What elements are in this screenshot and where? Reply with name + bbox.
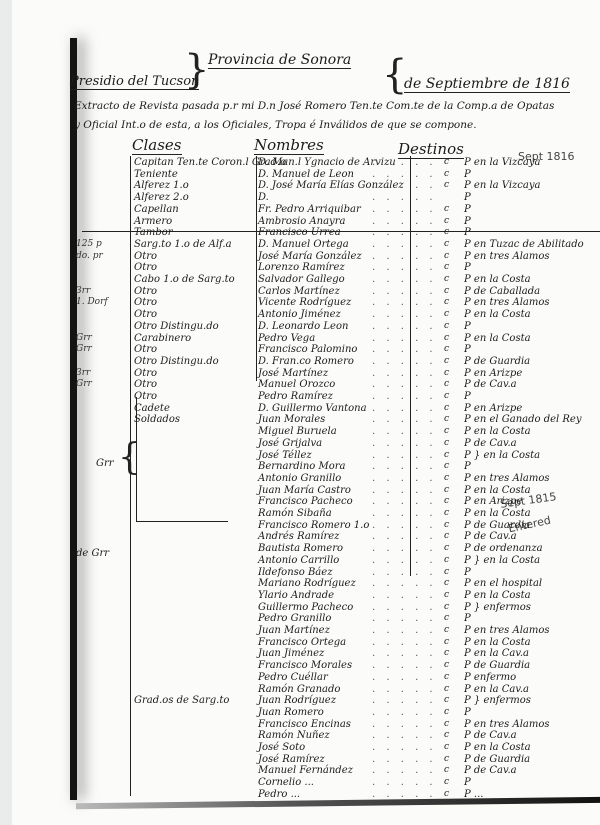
presence-mark: c: [444, 368, 454, 378]
dotted-leader: . . . . . . . . . . .: [372, 192, 442, 203]
presence-mark: c: [444, 754, 454, 764]
dotted-leader: . . . . . . . . . . .: [372, 333, 442, 344]
presence-mark: c: [444, 379, 454, 389]
dotted-leader: . . . . . . . . . . .: [372, 578, 442, 589]
dotted-leader: . . . . . . . . . . .: [372, 157, 442, 168]
destination-cell: P } enfermos: [464, 695, 600, 706]
destination-cell: P en la Costa: [464, 333, 600, 344]
destination-cell: P en Tuzac de Abilitado: [464, 239, 600, 250]
destination-cell: P en la Costa: [464, 426, 600, 437]
destination-cell: P en la Vizcaya: [464, 180, 600, 191]
rank-cell: Alferez 2.o: [134, 192, 244, 203]
destination-cell: P en tres Alamos: [464, 473, 600, 484]
destination-cell: P en tres Alamos: [464, 719, 600, 730]
dotted-leader: . . . . . . . . . . .: [372, 590, 442, 601]
rank-cell: Otro: [134, 379, 244, 390]
dotted-leader: . . . . . . . . . . .: [372, 672, 442, 683]
destination-cell: P ...: [464, 789, 600, 800]
dotted-leader: . . . . . . . . . . .: [372, 309, 442, 320]
margin-note: do. pr: [76, 251, 131, 261]
presence-mark: c: [444, 543, 454, 553]
dotted-leader: . . . . . . . . . . .: [372, 684, 442, 695]
destination-cell: P en la Vizcaya: [464, 157, 600, 168]
destination-cell: P: [464, 391, 600, 402]
rank-cell: Teniente: [134, 169, 244, 180]
rank-cell: Otro Distingu.do: [134, 356, 244, 367]
destination-cell: P } enfermos: [464, 602, 600, 613]
destination-cell: P de Guardia: [464, 520, 600, 531]
destination-cell: P: [464, 262, 600, 273]
presence-mark: c: [444, 742, 454, 752]
dotted-leader: . . . . . . . . . . .: [372, 789, 442, 800]
rank-cell: Grad.os de Sarg.to: [134, 695, 244, 706]
presence-mark: c: [444, 789, 454, 799]
dotted-leader: . . . . . . . . . . .: [372, 216, 442, 227]
destination-cell: P en tres Alamos: [464, 251, 600, 262]
presence-mark: c: [444, 578, 454, 588]
presence-mark: c: [444, 508, 454, 518]
dotted-leader: . . . . . . . . . . .: [372, 450, 442, 461]
presence-mark: c: [444, 169, 454, 179]
rank-cell: Armero: [134, 216, 244, 227]
destination-cell: P } en la Costa: [464, 555, 600, 566]
dotted-leader: . . . . . . . . . . .: [372, 356, 442, 367]
presence-mark: c: [444, 344, 454, 354]
dotted-leader: . . . . . . . . . . .: [372, 660, 442, 671]
column-header-clases: Clases: [132, 136, 182, 155]
presence-mark: c: [444, 204, 454, 214]
destination-cell: P: [464, 567, 600, 578]
presence-mark: c: [444, 777, 454, 787]
presence-mark: c: [444, 239, 454, 249]
dotted-leader: . . . . . . . . . . .: [372, 602, 442, 613]
destination-cell: P en Arizpe: [464, 496, 600, 507]
dotted-leader: . . . . . . . . . . .: [372, 555, 442, 566]
dotted-leader: . . . . . . . . . . .: [372, 227, 442, 238]
destination-cell: P en Arizpe: [464, 403, 600, 414]
presence-mark: c: [444, 613, 454, 623]
destination-cell: P en la Costa: [464, 485, 600, 496]
dotted-leader: . . . . . . . . . . .: [372, 344, 442, 355]
presence-mark: c: [444, 297, 454, 307]
dotted-leader: . . . . . . . . . . .: [372, 719, 442, 730]
destination-cell: P en la Cav.a: [464, 684, 600, 695]
dotted-leader: . . . . . . . . . . .: [372, 379, 442, 390]
presence-mark: c: [444, 684, 454, 694]
dotted-leader: . . . . . . . . . . .: [372, 239, 442, 250]
rank-cell: Alferez 1.o: [134, 180, 244, 191]
margin-note: Grr: [76, 379, 131, 389]
presence-mark: c: [444, 356, 454, 366]
presence-mark: c: [444, 333, 454, 343]
presence-mark: c: [444, 707, 454, 717]
presence-mark: c: [444, 660, 454, 670]
dotted-leader: . . . . . . . . . . .: [372, 567, 442, 578]
presence-mark: c: [444, 286, 454, 296]
presence-mark: c: [444, 321, 454, 331]
rank-cell: Otro: [134, 262, 244, 273]
rank-cell: Tambor: [134, 227, 244, 238]
presence-mark: c: [444, 555, 454, 565]
presence-mark: c: [444, 672, 454, 682]
dotted-leader: . . . . . . . . . . .: [372, 637, 442, 648]
dotted-leader: . . . . . . . . . . .: [372, 754, 442, 765]
rank-cell: Cabo 1.o de Sarg.to: [134, 274, 244, 285]
dotted-leader: . . . . . . . . . . .: [372, 262, 442, 273]
dotted-leader: . . . . . . . . . . .: [372, 777, 442, 788]
presence-mark: c: [444, 473, 454, 483]
presence-mark: c: [444, 637, 454, 647]
dotted-leader: . . . . . . . . . . .: [372, 426, 442, 437]
dotted-leader: . . . . . . . . . . .: [372, 543, 442, 554]
presence-mark: c: [444, 157, 454, 167]
dotted-leader: . . . . . . . . . . .: [372, 520, 442, 531]
presence-mark: c: [444, 309, 454, 319]
dotted-leader: . . . . . . . . . . .: [372, 508, 442, 519]
destination-cell: P } en la Costa: [464, 450, 600, 461]
rank-cell: Sarg.to 1.o de Alf.a: [134, 239, 244, 250]
rank-cell: Otro Distingu.do: [134, 321, 244, 332]
presence-mark: c: [444, 625, 454, 635]
destination-cell: P en tres Alamos: [464, 625, 600, 636]
destination-cell: P de Cav.a: [464, 730, 600, 741]
destination-cell: P: [464, 344, 600, 355]
margin-note: 1. Dorf: [76, 297, 131, 307]
rank-cell: Otro: [134, 297, 244, 308]
dotted-leader: . . . . . . . . . . .: [372, 391, 442, 402]
dotted-leader: . . . . . . . . . . .: [372, 438, 442, 449]
rank-cell: Carabinero: [134, 333, 244, 344]
destination-cell: P enfermo: [464, 672, 600, 683]
destination-cell: P de Cav.a: [464, 438, 600, 449]
destination-cell: P de Guardia: [464, 356, 600, 367]
dotted-leader: . . . . . . . . . . .: [372, 695, 442, 706]
presence-mark: c: [444, 567, 454, 577]
margin-note: 125 p: [76, 239, 131, 249]
destination-cell: P en la Costa: [464, 274, 600, 285]
presence-mark: c: [444, 719, 454, 729]
dotted-leader: . . . . . . . . . . .: [372, 707, 442, 718]
destination-cell: P de Guardia: [464, 754, 600, 765]
date-title: de Septiembre de 1816: [404, 76, 570, 93]
destination-cell: P: [464, 169, 600, 180]
destination-cell: P en la Costa: [464, 590, 600, 601]
presence-mark: c: [444, 262, 454, 272]
presence-mark: c: [444, 274, 454, 284]
presence-mark: c: [444, 730, 454, 740]
presence-mark: c: [444, 180, 454, 190]
presence-mark: c: [444, 403, 454, 413]
rank-cell: Otro: [134, 368, 244, 379]
presence-mark: c: [444, 695, 454, 705]
presence-mark: c: [444, 426, 454, 436]
destination-cell: P en la Cav.a: [464, 648, 600, 659]
destination-cell: P: [464, 227, 600, 238]
destination-cell: P: [464, 204, 600, 215]
destination-cell: P de Guardia: [464, 660, 600, 671]
presence-mark: c: [444, 438, 454, 448]
destination-cell: P en el hospital: [464, 578, 600, 589]
presence-mark: c: [444, 590, 454, 600]
destination-cell: P en la Costa: [464, 742, 600, 753]
dotted-leader: . . . . . . . . . . .: [372, 204, 442, 215]
margin-note: 3rr: [76, 368, 131, 378]
presence-mark: c: [444, 765, 454, 775]
destination-cell: P en el Ganado del Rey: [464, 414, 600, 425]
title-line-1: Extracto de Revista pasada p.r mi D.n Jo…: [74, 100, 554, 112]
rank-cell: Otro: [134, 251, 244, 262]
destination-cell: P de Cav.a: [464, 531, 600, 542]
dotted-leader: . . . . . . . . . . .: [372, 321, 442, 332]
presence-mark: c: [444, 648, 454, 658]
margin-note: Grr: [76, 333, 131, 343]
title-line-2: y Oficial Int.o de esta, a los Oficiales…: [74, 119, 477, 131]
destination-cell: P: [464, 461, 600, 472]
presidio-title: Presidio del Tucson: [70, 74, 199, 90]
rank-cell: Cadete: [134, 403, 244, 414]
dotted-leader: . . . . . . . . . . .: [372, 648, 442, 659]
rank-cell: Otro: [134, 286, 244, 297]
dotted-leader: . . . . . . . . . . .: [372, 274, 442, 285]
dotted-leader: . . . . . . . . . . .: [372, 414, 442, 425]
dotted-leader: . . . . . . . . . . .: [372, 251, 442, 262]
dotted-leader: . . . . . . . . . . .: [372, 496, 442, 507]
destination-cell: P de Cav.a: [464, 379, 600, 390]
destination-cell: P de Caballada: [464, 286, 600, 297]
destination-cell: P en la Costa: [464, 309, 600, 320]
margin-note: 3rr: [76, 286, 131, 296]
dotted-leader: . . . . . . . . . . .: [372, 169, 442, 180]
dotted-leader: . . . . . . . . . . .: [372, 461, 442, 472]
presence-mark: c: [444, 216, 454, 226]
destination-cell: P: [464, 192, 600, 203]
dotted-leader: . . . . . . . . . . .: [372, 297, 442, 308]
dotted-leader: . . . . . . . . . . .: [372, 765, 442, 776]
presence-mark: c: [444, 414, 454, 424]
table-row: Pedro ...cP ... . . . . . . . . . . .: [12, 789, 600, 802]
dotted-leader: . . . . . . . . . . .: [372, 742, 442, 753]
destination-cell: P en la Costa: [464, 637, 600, 648]
destination-cell: P en la Costa: [464, 508, 600, 519]
dotted-leader: . . . . . . . . . . .: [372, 531, 442, 542]
destination-cell: P de ordenanza: [464, 543, 600, 554]
presence-mark: c: [444, 602, 454, 612]
dotted-leader: . . . . . . . . . . .: [372, 368, 442, 379]
dotted-leader: . . . . . . . . . . .: [372, 625, 442, 636]
destination-cell: P en Arizpe: [464, 368, 600, 379]
destination-cell: P: [464, 707, 600, 718]
rank-cell: Capitan Ten.te Coron.l Grad.o: [134, 157, 244, 168]
dotted-leader: . . . . . . . . . . .: [372, 403, 442, 414]
destination-cell: P: [464, 777, 600, 788]
rank-cell: Soldados: [134, 414, 244, 425]
rank-cell: Otro: [134, 391, 244, 402]
dotted-leader: . . . . . . . . . . .: [372, 730, 442, 741]
destination-cell: P: [464, 321, 600, 332]
column-header-nombres: Nombres: [254, 136, 324, 155]
rank-cell: Otro: [134, 309, 244, 320]
presence-mark: c: [444, 227, 454, 237]
margin-note: Grr: [76, 344, 131, 354]
presence-mark: c: [444, 461, 454, 471]
presence-mark: c: [444, 496, 454, 506]
dotted-leader: . . . . . . . . . . .: [372, 613, 442, 624]
dotted-leader: . . . . . . . . . . .: [372, 473, 442, 484]
destination-cell: P: [464, 613, 600, 624]
dotted-leader: . . . . . . . . . . .: [372, 485, 442, 496]
presence-mark: c: [444, 391, 454, 401]
presence-mark: c: [444, 251, 454, 261]
destination-cell: P: [464, 216, 600, 227]
rank-cell: Capellan: [134, 204, 244, 215]
province-title: Provincia de Sonora: [208, 52, 351, 69]
rank-cell: Otro: [134, 344, 244, 355]
dotted-leader: . . . . . . . . . . .: [372, 286, 442, 297]
dotted-leader: . . . . . . . . . . .: [372, 180, 442, 191]
document-page: Provincia de Sonora } { Presidio del Tuc…: [12, 0, 600, 825]
presence-mark: c: [444, 485, 454, 495]
destination-cell: P de Cav.a: [464, 765, 600, 776]
destination-cell: P en tres Alamos: [464, 297, 600, 308]
presence-mark: c: [444, 520, 454, 530]
presence-mark: c: [444, 531, 454, 541]
presence-mark: c: [444, 450, 454, 460]
